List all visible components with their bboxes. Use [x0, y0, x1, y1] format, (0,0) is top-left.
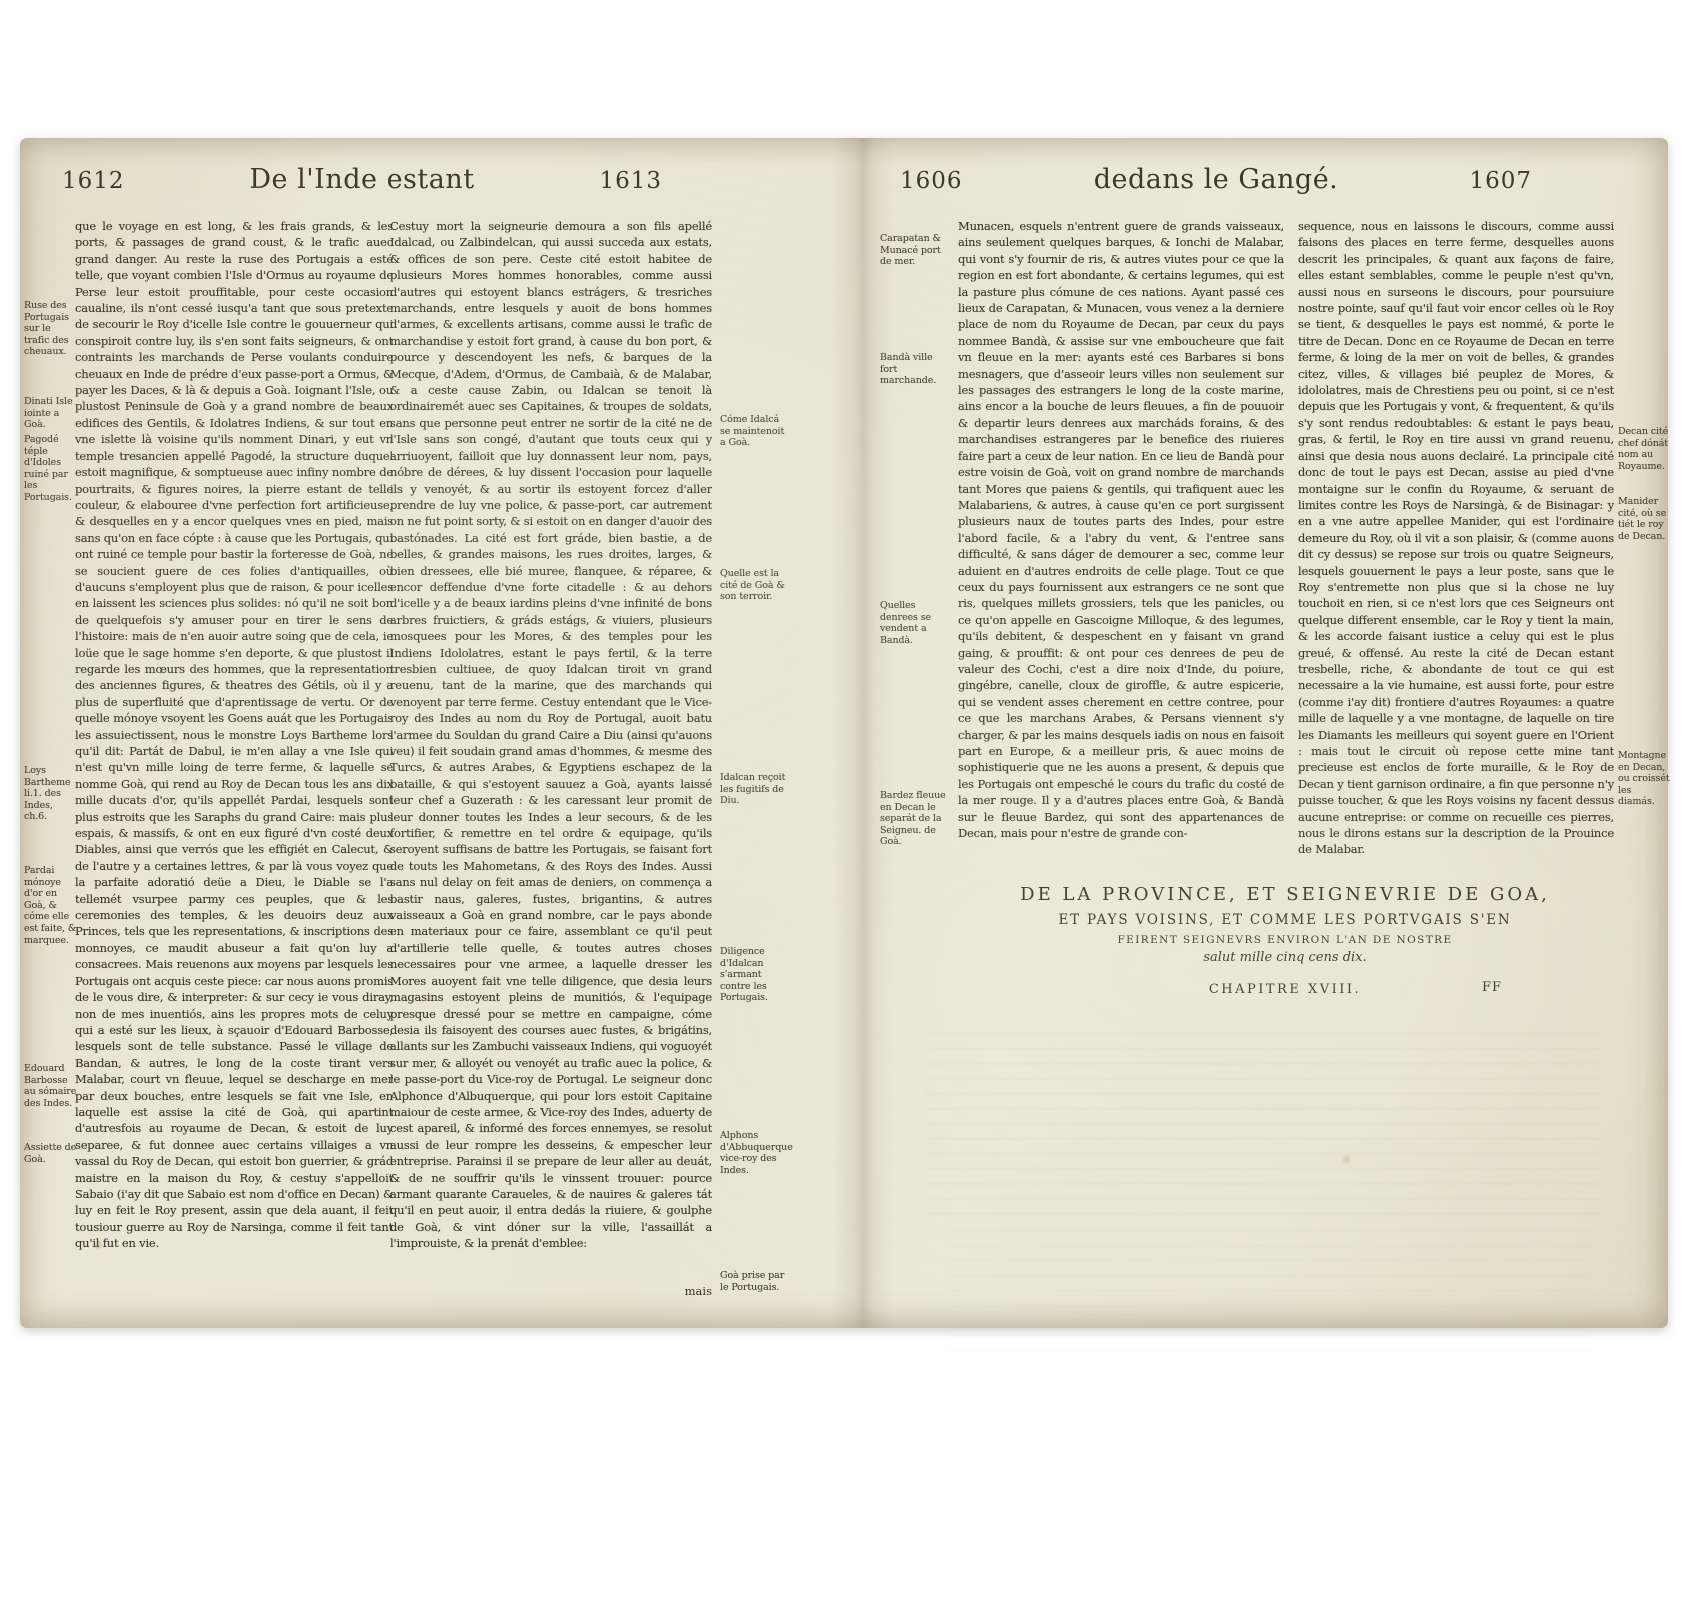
body-column-2: Cestuy mort la seigneurie demoura a son …	[390, 218, 712, 1278]
margin-note: Dinati Isle iointe a Goà.	[24, 396, 78, 431]
margin-note: Montagne en Decan, ou croissét les diamá…	[1618, 750, 1670, 808]
chapter-heading-line-1: DE LA PROVINCE, ET SEIGNEVRIE DE GOA,	[955, 884, 1615, 905]
paper-sheet: 1612 De l'Inde estant 1613 que le voyage…	[20, 138, 1668, 1328]
margin-note: Goà prise par le Portugais.	[720, 1270, 788, 1293]
foxing-spot	[1340, 1154, 1353, 1165]
chapter-number: CHAPITRE XVIII.	[955, 982, 1615, 997]
running-title-right: dedans le Gangé.	[1094, 164, 1339, 195]
show-through-text-ghost	[925, 1033, 1600, 1218]
folio-number-1607: 1607	[1469, 168, 1532, 194]
body-column-4: sequence, nous en laissons le discours, …	[1298, 218, 1614, 880]
margin-note: Idalcan reçoit les fugitifs de Diu.	[720, 772, 788, 807]
catchword: mais	[390, 1284, 712, 1298]
chapter-heading: DE LA PROVINCE, ET SEIGNEVRIE DE GOA, ET…	[955, 884, 1615, 997]
margin-note: Assiette de Goà.	[24, 1142, 78, 1165]
folio-number-1606: 1606	[900, 168, 963, 194]
margin-note: Ruse des Portugais sur le trafic des che…	[24, 300, 78, 358]
margin-note: Bandà ville fort marchande.	[880, 352, 950, 387]
margin-note: Quelle est la cité de Goà & son terroir.	[720, 568, 788, 603]
running-title-left: De l'Inde estant	[249, 164, 474, 195]
center-fold-shadow	[832, 138, 892, 1328]
folio-number-1612: 1612	[62, 168, 125, 194]
body-column-1: que le voyage en est long, & les frais g…	[75, 218, 393, 1310]
margin-note: Diligence d'Idalcan s'armant contre les …	[720, 946, 788, 1004]
chapter-heading-line-2: ET PAYS VOISINS, ET COMME LES PORTVGAIS …	[955, 912, 1615, 928]
margin-note: Edouard Barbosse au sómaire des Indes.	[24, 1063, 78, 1109]
margin-note: Pardai mónoye d'or en Goà, & cóme elle e…	[24, 865, 78, 946]
margin-note: Pagodé téple d'Idoles ruiné par les Port…	[24, 434, 78, 504]
margin-note: Alphons d'Abbuquerque vice-roy des Indes…	[720, 1130, 788, 1176]
margin-note: Quelles denrees se vendent a Bandà.	[880, 600, 950, 646]
margin-note: Manider cité, où se tiét le roy de Decan…	[1618, 496, 1670, 542]
chapter-heading-line-4: salut mille cinq cens dix.	[955, 950, 1615, 965]
margin-note: Cóme Idalcá se maintenoit a Goà.	[720, 414, 788, 449]
folio-number-1613: 1613	[599, 168, 662, 194]
chapter-heading-line-3: FEIRENT SEIGNEVRS ENVIRON L'AN DE NOSTRE	[955, 934, 1615, 946]
left-page-header: 1612 De l'Inde estant 1613	[62, 164, 662, 195]
show-through-text-ghost	[950, 1230, 1590, 1360]
signature-mark: FF	[1482, 980, 1502, 995]
right-page-header: 1606 dedans le Gangé. 1607	[900, 164, 1532, 195]
margin-note: Loys Bartheme li.1. des Indes, ch.6.	[24, 765, 78, 823]
margin-note: Bardez fleuue en Decan le separát de la …	[880, 790, 950, 848]
body-column-3: Munacen, esquels n'entrent guere de gran…	[958, 218, 1284, 876]
scanned-book-spread: 1612 De l'Inde estant 1613 que le voyage…	[0, 0, 1700, 1600]
margin-note: Decan cité chef dónát nom au Royaume.	[1618, 426, 1670, 472]
margin-note: Carapatan & Munacé port de mer.	[880, 233, 950, 268]
